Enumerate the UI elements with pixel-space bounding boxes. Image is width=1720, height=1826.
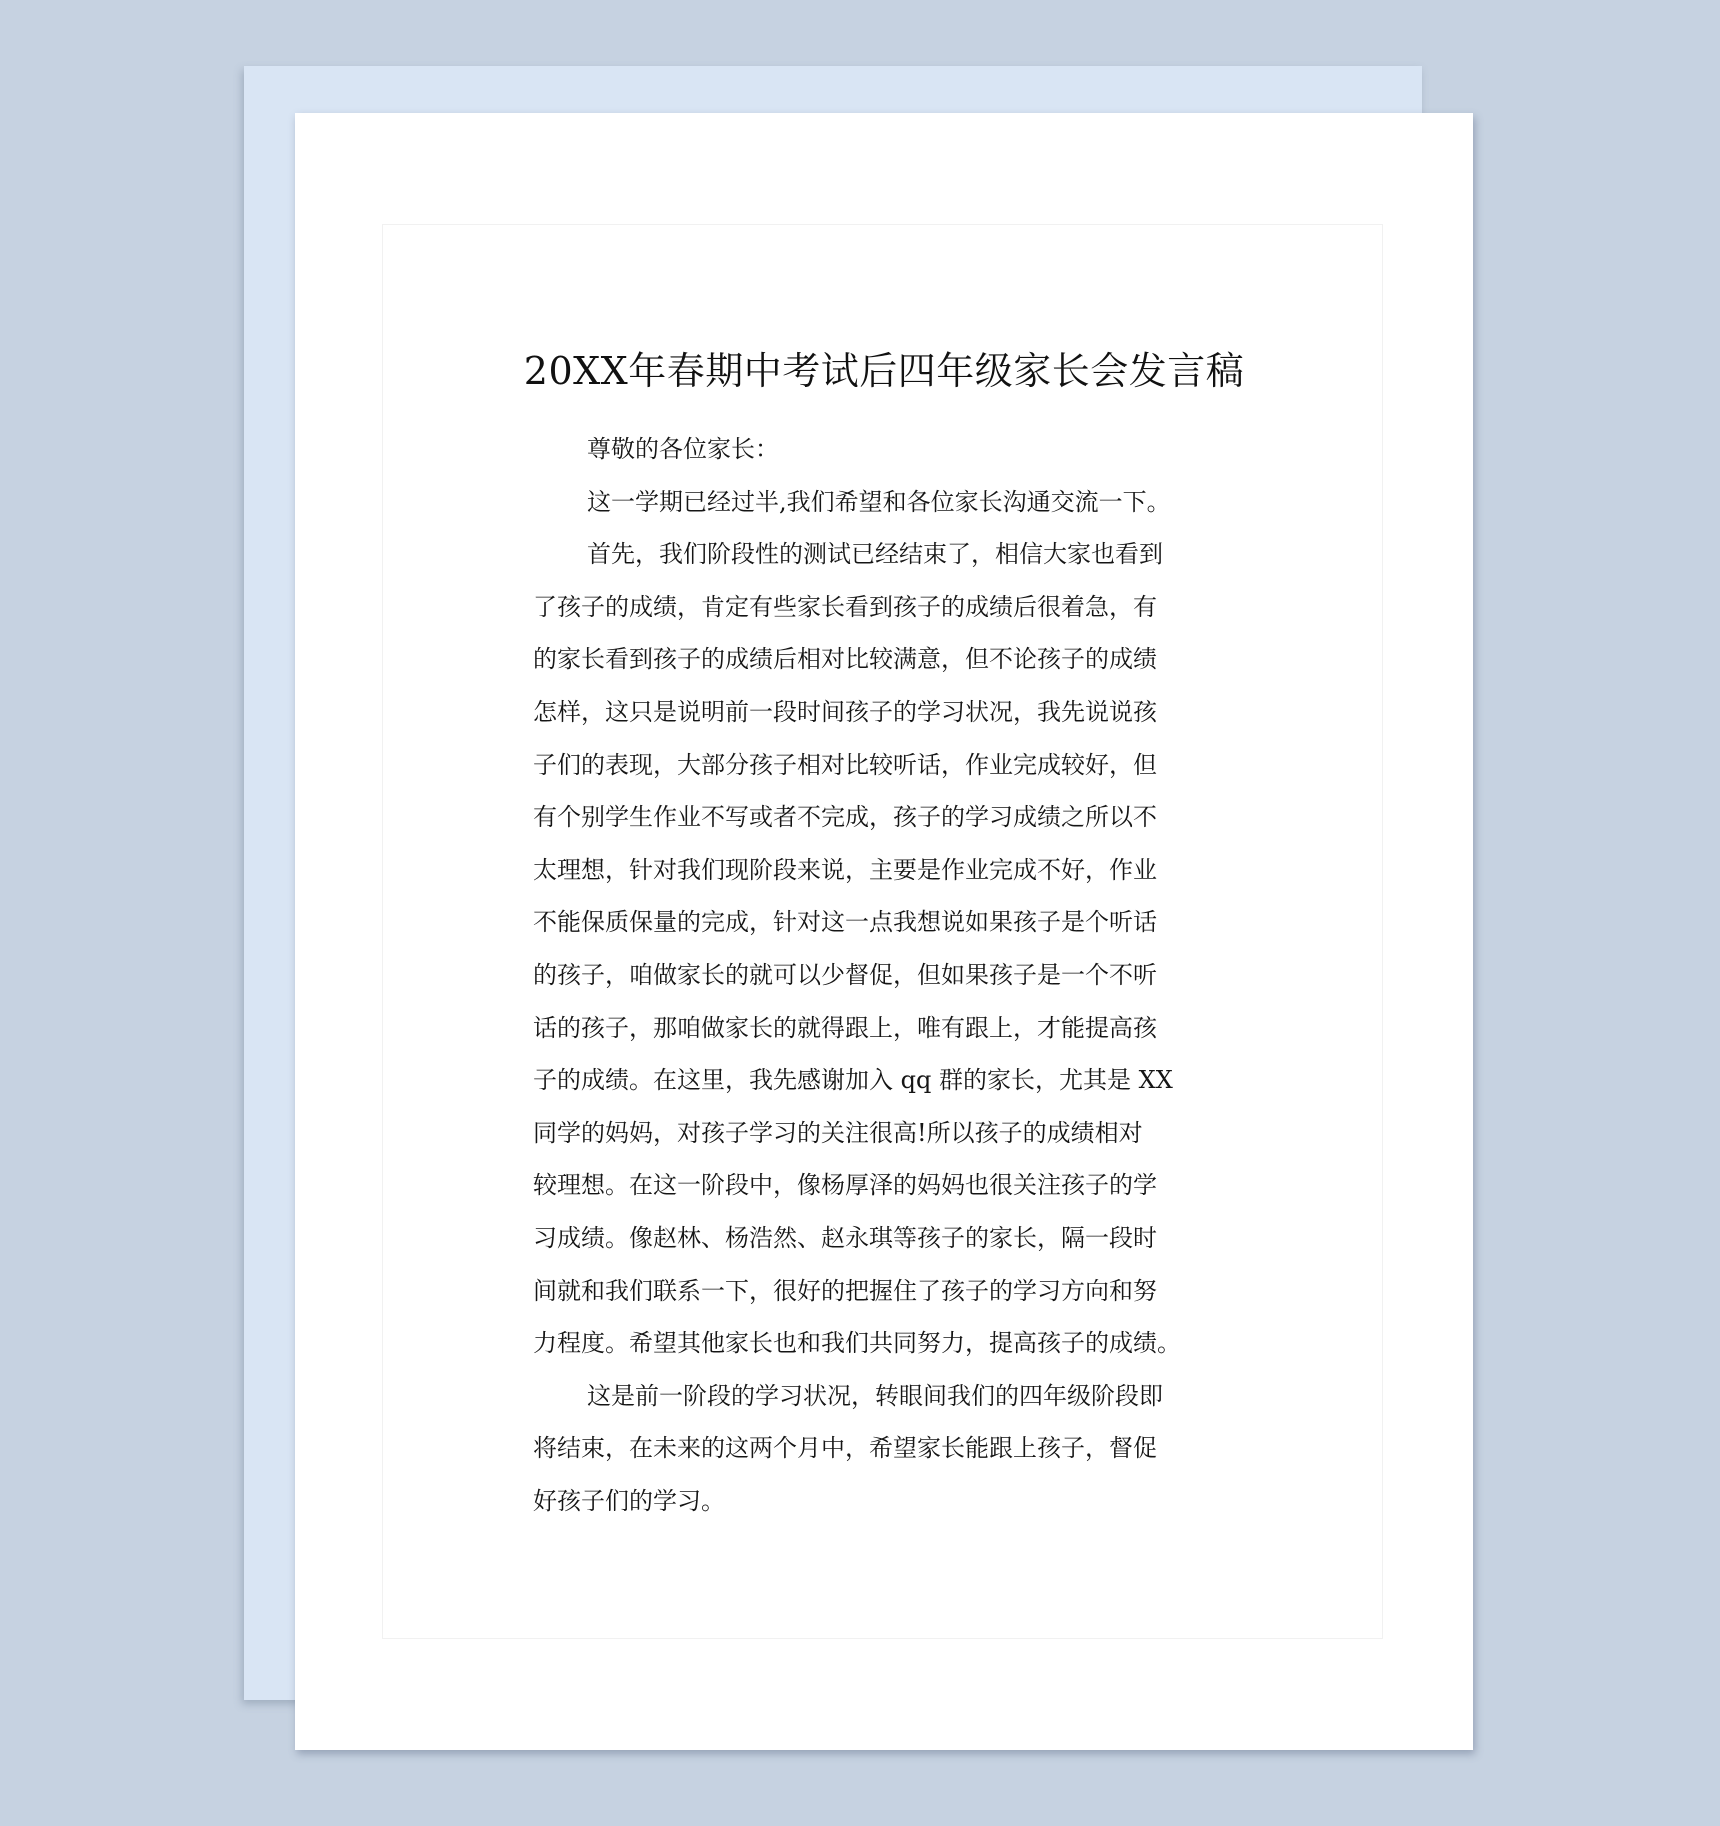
document-page: 20XX年春期中考试后四年级家长会发言稿 尊敬的各位家长： 这一学期已经过半,我… xyxy=(295,113,1473,1750)
text-line: 话的孩子，那咱做家长的就得跟上，唯有跟上，才能提高孩 xyxy=(533,1002,1237,1055)
text-line: 了孩子的成绩，肯定有些家长看到孩子的成绩后很着急，有 xyxy=(533,581,1237,634)
text-line: 习成绩。像赵林、杨浩然、赵永琪等孩子的家长，隔一段时 xyxy=(533,1212,1237,1265)
document-title: 20XX年春期中考试后四年级家长会发言稿 xyxy=(295,345,1473,397)
text-line: 这是前一阶段的学习状况，转眼间我们的四年级阶段即 xyxy=(533,1370,1237,1423)
text-line: 好孩子们的学习。 xyxy=(533,1475,1237,1528)
text-line: 子们的表现，大部分孩子相对比较听话，作业完成较好，但 xyxy=(533,739,1237,792)
text-line: 间就和我们联系一下，很好的把握住了孩子的学习方向和努 xyxy=(533,1265,1237,1318)
text-line: 不能保质保量的完成，针对这一点我想说如果孩子是个听话 xyxy=(533,896,1237,949)
text-line: 这一学期已经过半,我们希望和各位家长沟通交流一下。 xyxy=(533,476,1237,529)
text-line: 首先，我们阶段性的测试已经结束了，相信大家也看到 xyxy=(533,528,1237,581)
text-line: 的孩子，咱做家长的就可以少督促，但如果孩子是一个不听 xyxy=(533,949,1237,1002)
text-line: 较理想。在这一阶段中，像杨厚泽的妈妈也很关注孩子的学 xyxy=(533,1159,1237,1212)
text-line: 将结束，在未来的这两个月中，希望家长能跟上孩子，督促 xyxy=(533,1422,1237,1475)
document-body: 尊敬的各位家长： 这一学期已经过半,我们希望和各位家长沟通交流一下。 首先，我们… xyxy=(533,423,1237,1527)
text-line: 子的成绩。在这里，我先感谢加入 qq 群的家长，尤其是 XX xyxy=(533,1054,1237,1107)
text-line: 力程度。希望其他家长也和我们共同努力，提高孩子的成绩。 xyxy=(533,1317,1237,1370)
text-line: 怎样，这只是说明前一段时间孩子的学习状况，我先说说孩 xyxy=(533,686,1237,739)
text-line: 有个别学生作业不写或者不完成，孩子的学习成绩之所以不 xyxy=(533,791,1237,844)
text-line: 同学的妈妈，对孩子学习的关注很高!所以孩子的成绩相对 xyxy=(533,1107,1237,1160)
text-line: 的家长看到孩子的成绩后相对比较满意，但不论孩子的成绩 xyxy=(533,633,1237,686)
text-line: 尊敬的各位家长： xyxy=(533,423,1237,476)
text-line: 太理想，针对我们现阶段来说，主要是作业完成不好，作业 xyxy=(533,844,1237,897)
